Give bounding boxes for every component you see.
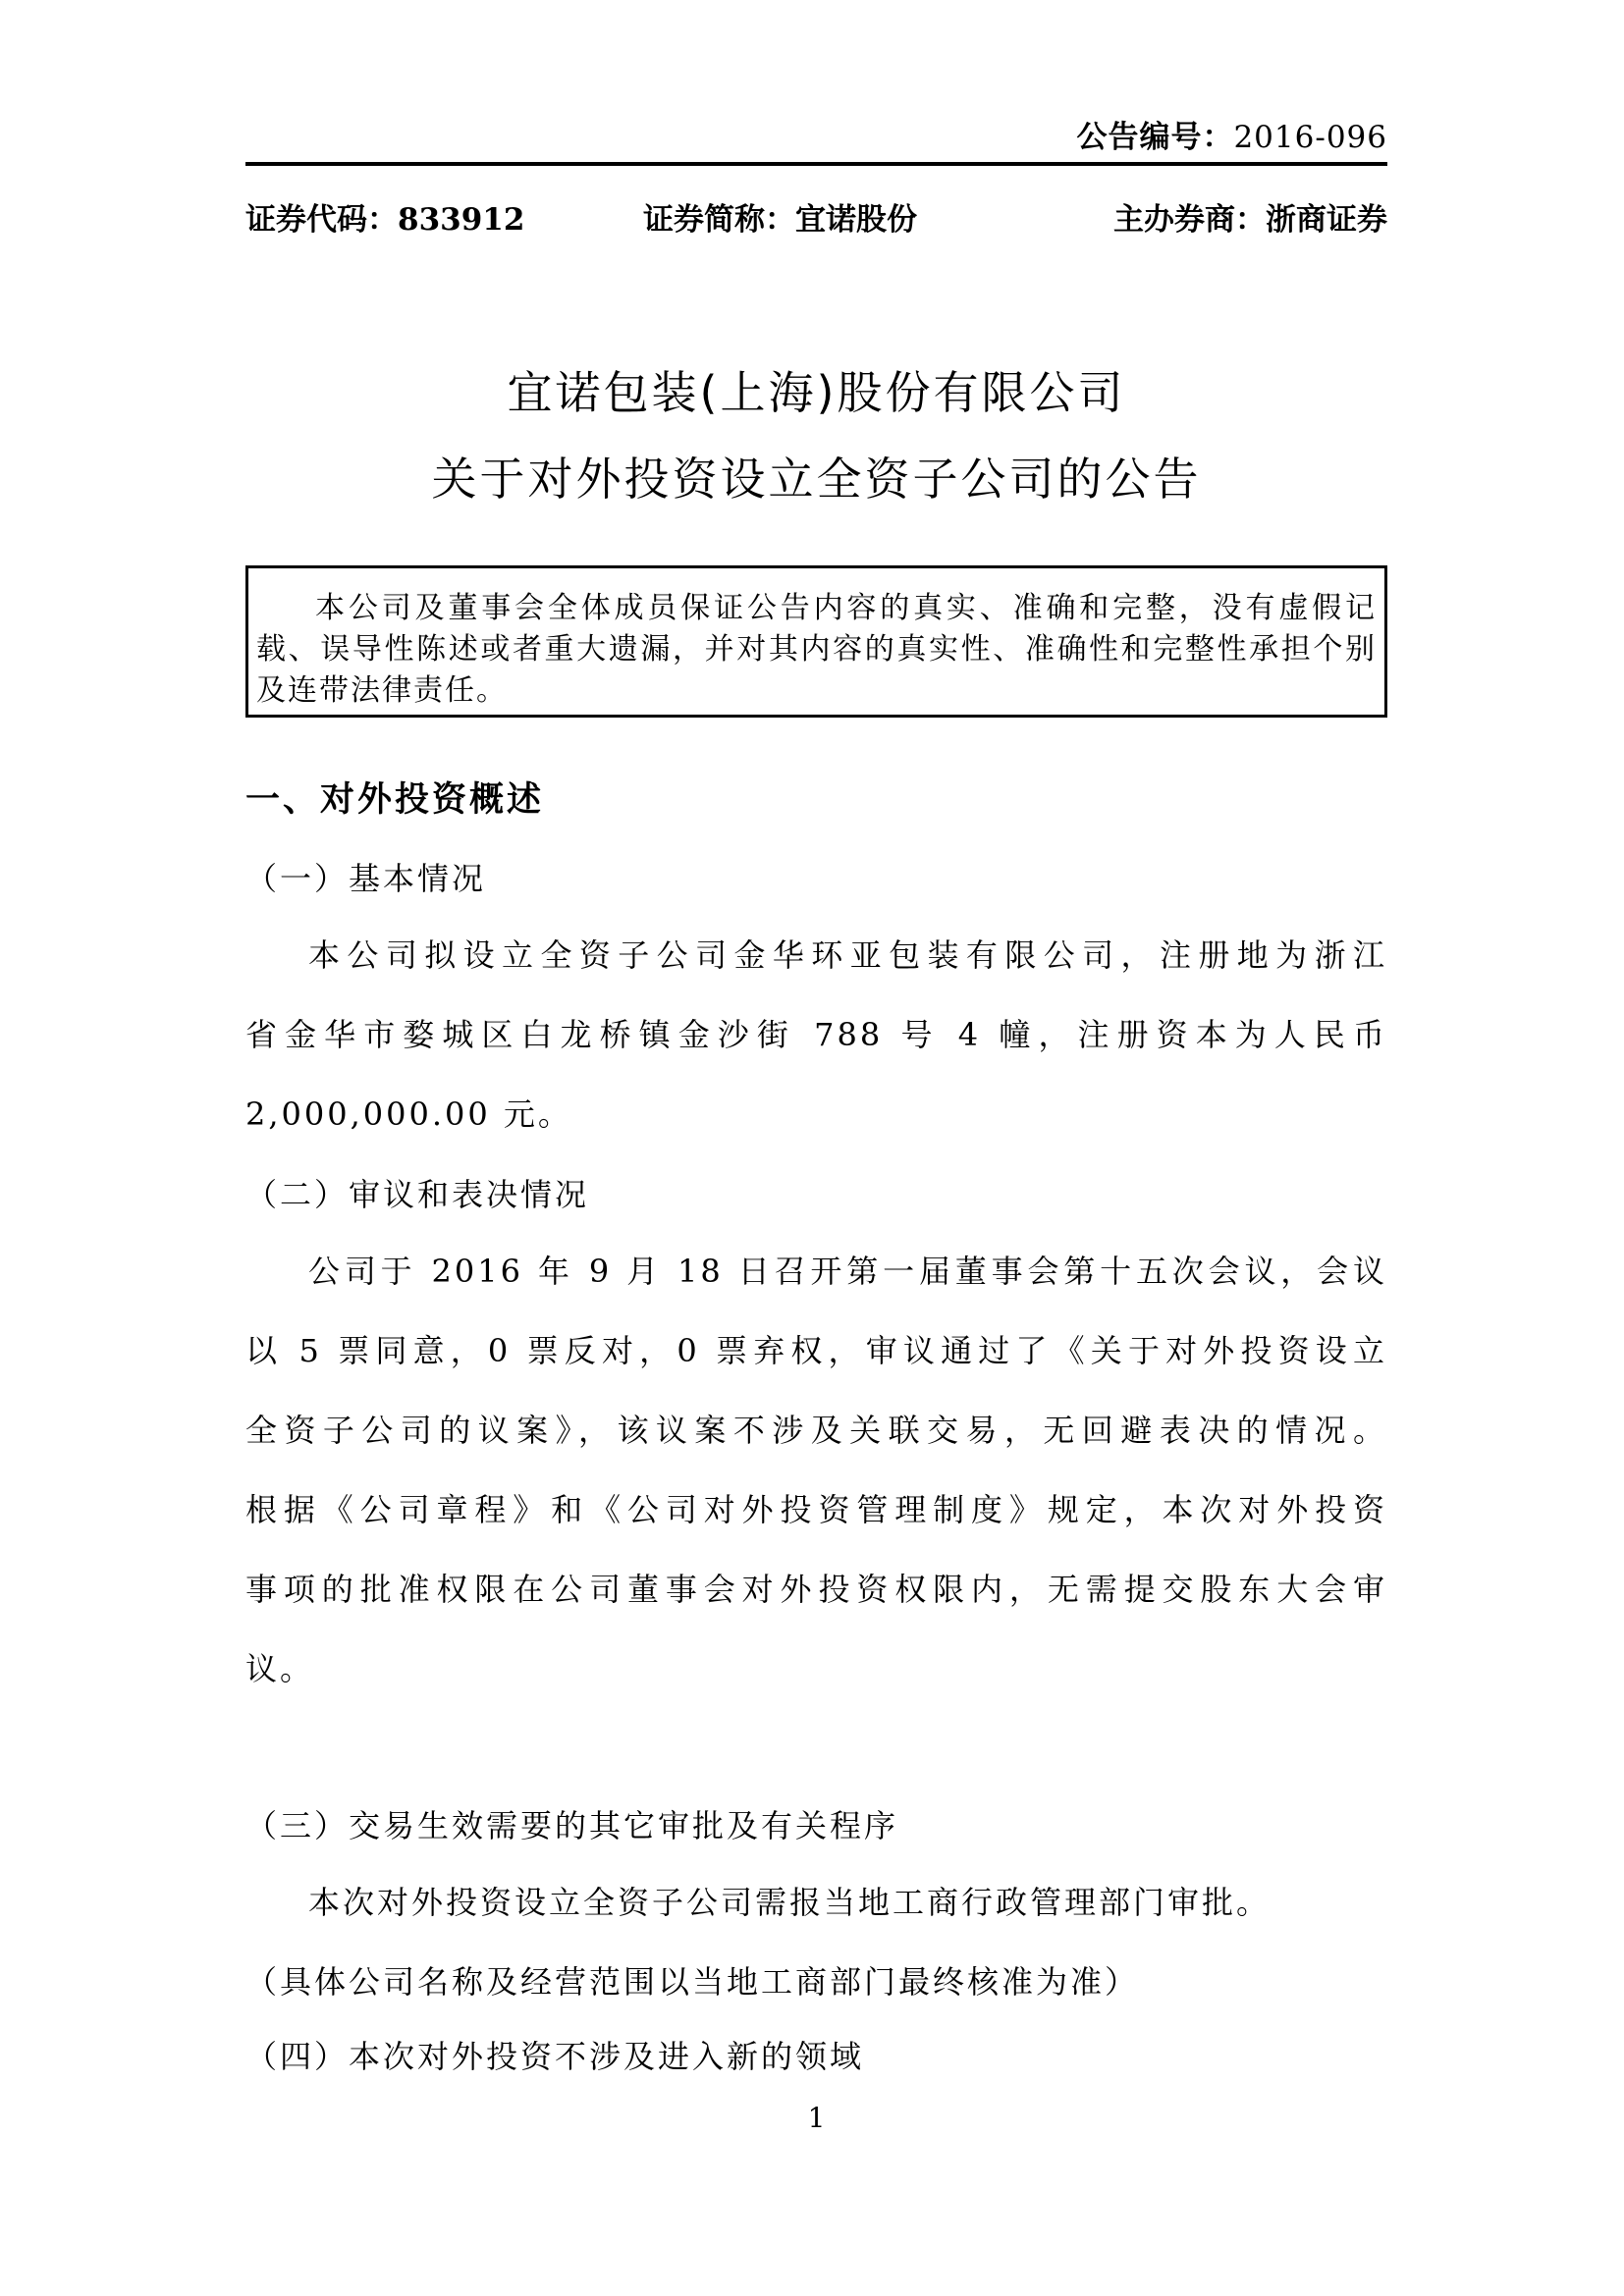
paragraph-line: 事项的批准权限在公司董事会对外投资权限内，无需提交股东大会审 — [245, 1550, 1387, 1629]
section-heading-investment-overview: 一、对外投资概述 — [245, 775, 544, 825]
subsection-heading-review-voting: （二）审议和表决情况 — [245, 1170, 589, 1219]
subsection-heading-new-field: （四）本次对外投资不涉及进入新的领域 — [245, 2032, 864, 2081]
securities-code-value: 833912 — [398, 202, 524, 238]
lead-broker-value: 浙商证券 — [1266, 202, 1387, 238]
document-page: 公告编号：2016-096 证券代码：833912 证券简称：宜诺股份 主办券商… — [245, 0, 1387, 2296]
securities-info-row: 证券代码：833912 证券简称：宜诺股份 主办券商：浙商证券 — [245, 198, 1387, 241]
board-guarantee-notice: 本公司及董事会全体成员保证公告内容的真实、准确和完整，没有虚假记载、误导性陈述或… — [245, 565, 1387, 718]
paragraph-line: 2,000,000.00 元。 — [245, 1075, 1387, 1154]
paragraph-line: 本次对外投资设立全资子公司需报当地工商行政管理部门审批。 — [245, 1863, 1387, 1943]
announcement-number-label: 公告编号： — [1076, 120, 1233, 155]
securities-abbreviation-label: 证券简称： — [643, 202, 795, 238]
paragraph-line: 全资子公司的议案》，该议案不涉及关联交易，无回避表决的情况。 — [245, 1391, 1387, 1470]
paragraph-line: （具体公司名称及经营范围以当地工商部门最终核准为准） — [245, 1943, 1387, 2022]
paragraph-approval-procedures: 本次对外投资设立全资子公司需报当地工商行政管理部门审批。 （具体公司名称及经营范… — [245, 1863, 1387, 2022]
header-divider — [245, 162, 1387, 166]
page-number: 1 — [245, 2101, 1387, 2136]
paragraph-line: 公司于 2016 年 9 月 18 日召开第一届董事会第十五次会议，会议 — [245, 1232, 1387, 1311]
securities-abbreviation-value: 宜诺股份 — [795, 202, 917, 238]
paragraph-line: 根据《公司章程》和《公司对外投资管理制度》规定，本次对外投资 — [245, 1470, 1387, 1550]
subsection-heading-approval-procedures: （三）交易生效需要的其它审批及有关程序 — [245, 1801, 898, 1850]
securities-abbreviation: 证券简称：宜诺股份 — [643, 198, 917, 241]
lead-broker: 主办券商：浙商证券 — [1113, 198, 1387, 241]
securities-code-label: 证券代码： — [245, 202, 398, 238]
paragraph-basic-info: 本公司拟设立全资子公司金华环亚包装有限公司，注册地为浙江 省金华市婺城区白龙桥镇… — [245, 916, 1387, 1154]
securities-code: 证券代码：833912 — [245, 198, 524, 241]
paragraph-line: 本公司拟设立全资子公司金华环亚包装有限公司，注册地为浙江 — [245, 916, 1387, 995]
document-title-company: 宜诺包装(上海)股份有限公司 — [245, 363, 1387, 422]
subsection-heading-basic-info: （一）基本情况 — [245, 854, 486, 903]
paragraph-line: 省金华市婺城区白龙桥镇金沙街 788 号 4 幢，注册资本为人民币 — [245, 995, 1387, 1075]
document-title-subject: 关于对外投资设立全资子公司的公告 — [245, 450, 1387, 508]
announcement-number: 公告编号：2016-096 — [1076, 118, 1387, 157]
paragraph-line: 以 5 票同意，0 票反对，0 票弃权，审议通过了《关于对外投资设立 — [245, 1311, 1387, 1391]
lead-broker-label: 主办券商： — [1113, 202, 1266, 238]
paragraph-line: 议。 — [245, 1629, 1387, 1709]
announcement-number-value: 2016-096 — [1233, 120, 1387, 155]
paragraph-review-voting: 公司于 2016 年 9 月 18 日召开第一届董事会第十五次会议，会议 以 5… — [245, 1232, 1387, 1709]
